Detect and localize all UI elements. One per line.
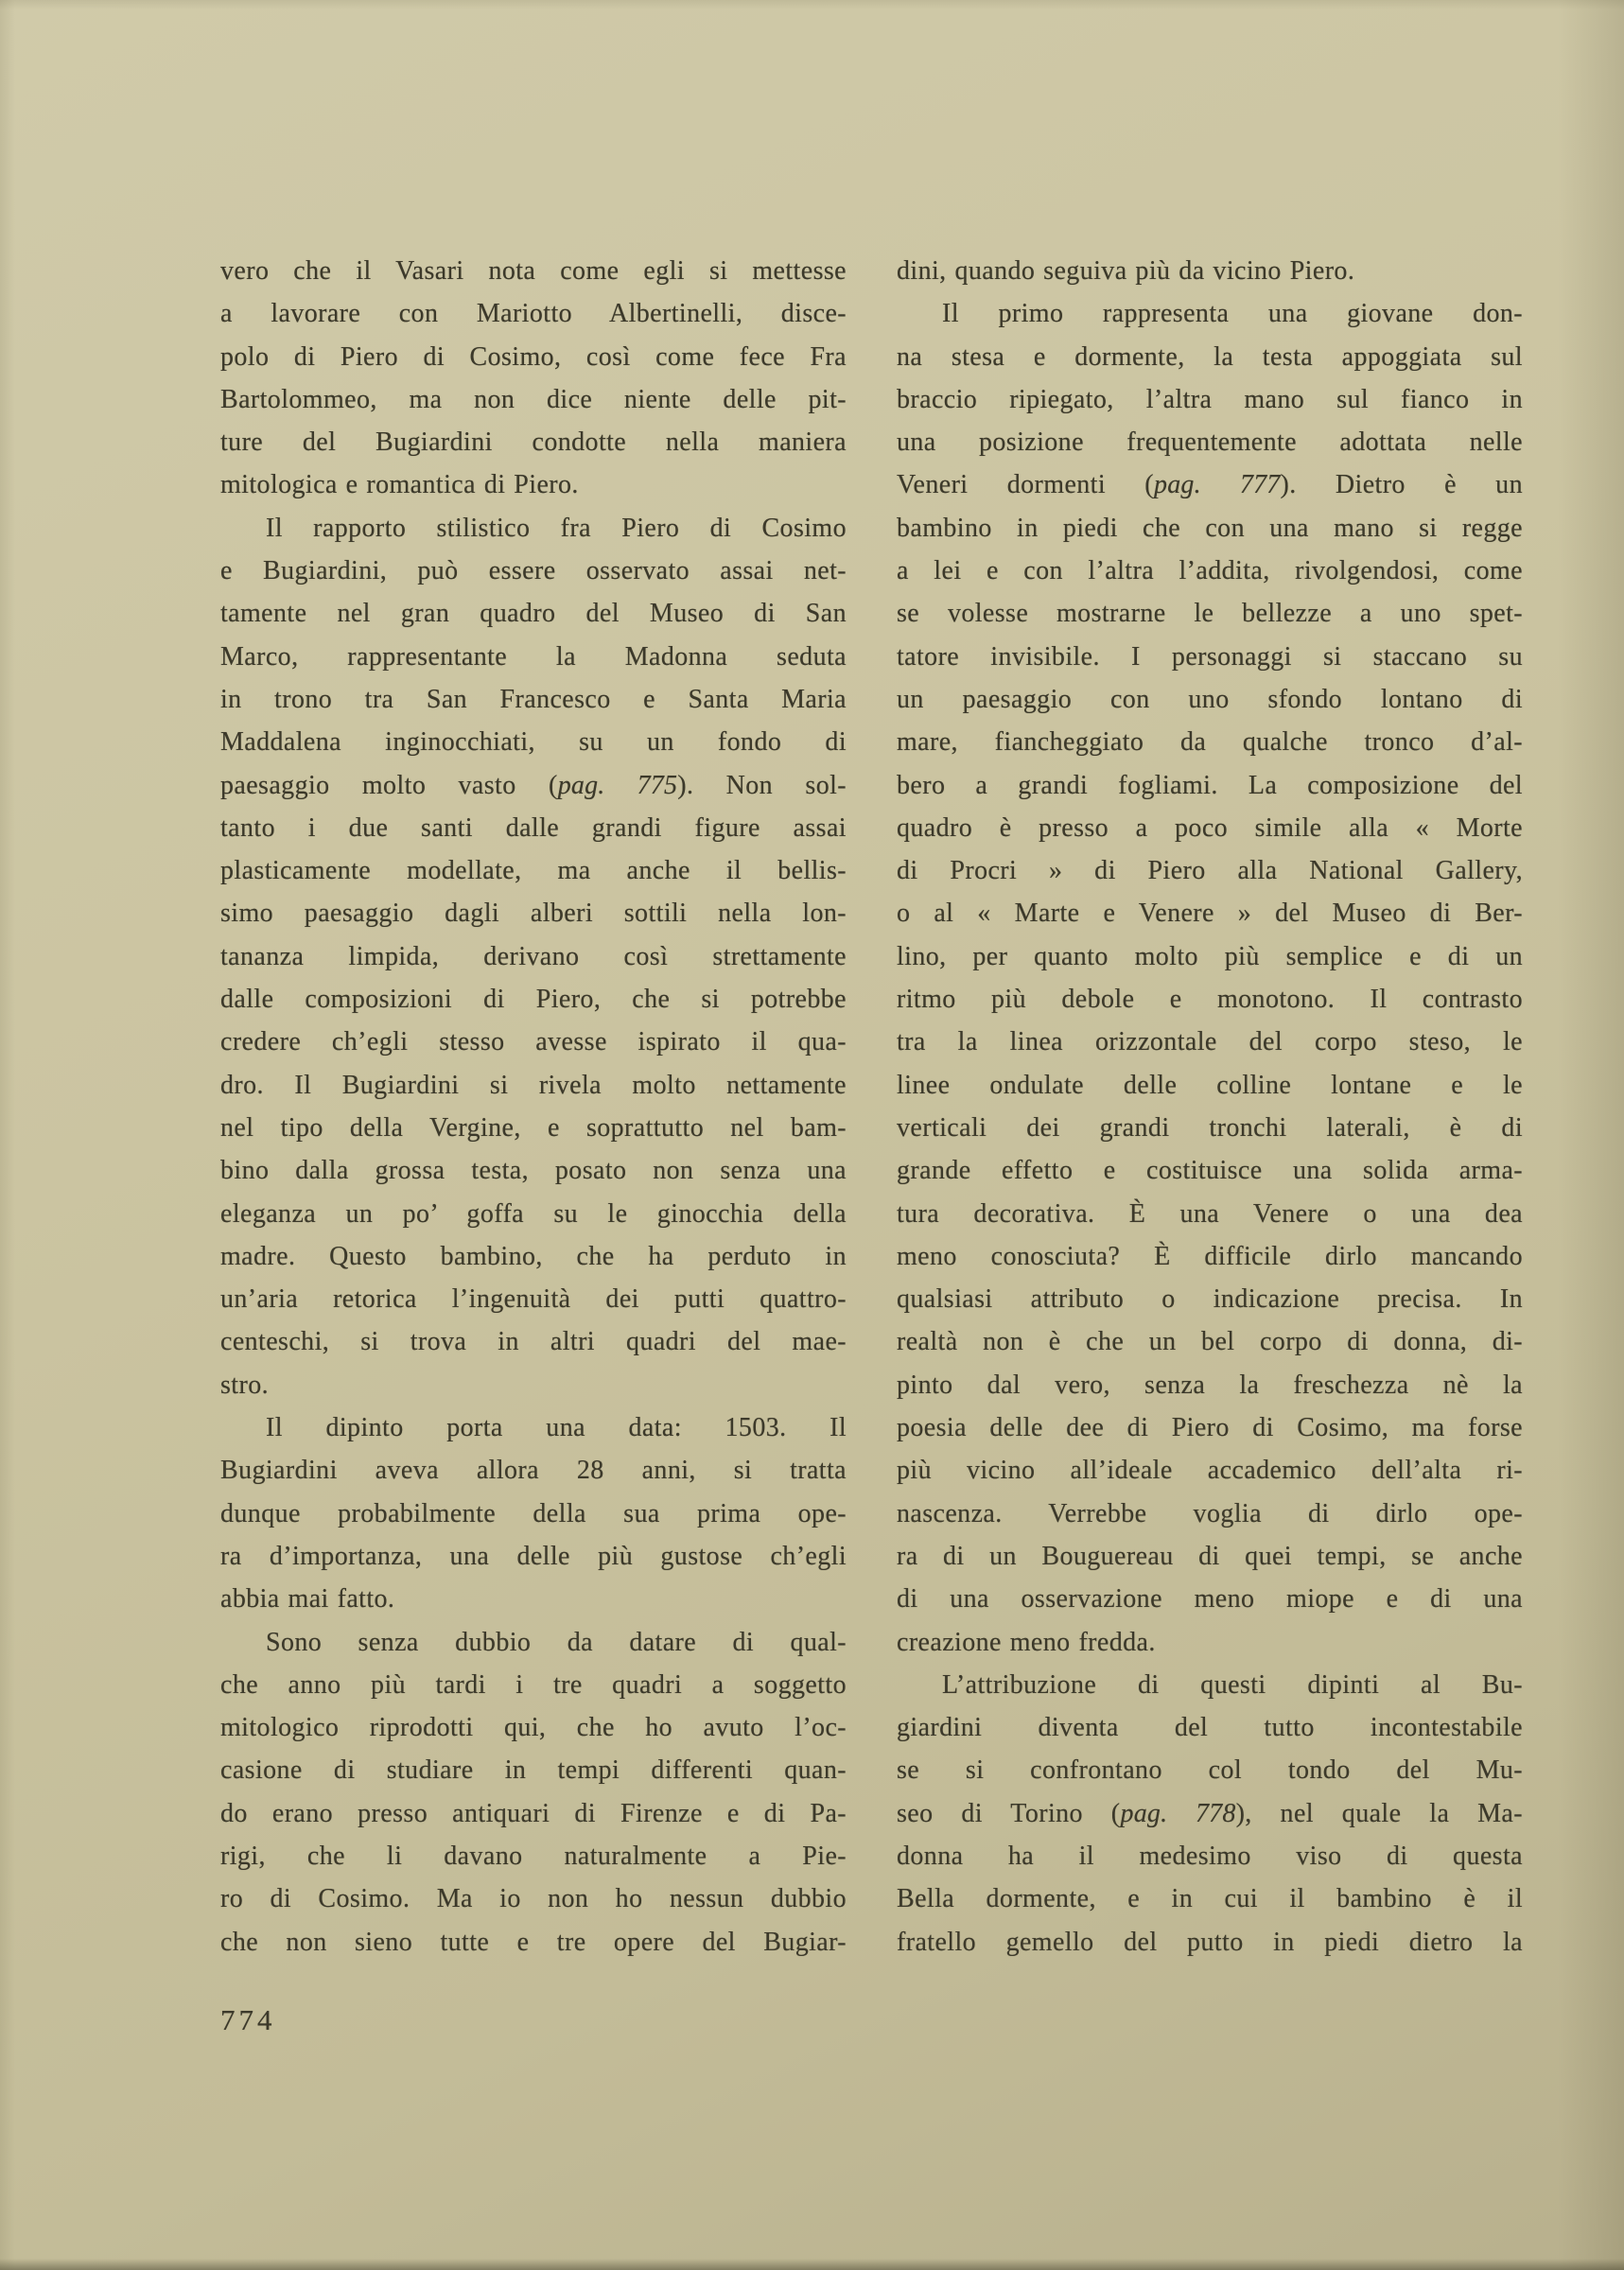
text-line: dunque probabilmente della sua prima ope… bbox=[220, 1493, 847, 1535]
text-line: tananza limpida, derivano così strettame… bbox=[220, 935, 847, 978]
text-line: plasticamente modellate, ma anche il bel… bbox=[220, 849, 847, 892]
text-line: Bella dormente, e in cui il bambino è il bbox=[897, 1877, 1523, 1920]
text-line: meno conosciuta? È difficile dirlo manca… bbox=[897, 1235, 1523, 1278]
text-line: fratello gemello del putto in piedi diet… bbox=[897, 1921, 1523, 1964]
text-line: Il primo rappresenta una giovane don- bbox=[897, 292, 1523, 335]
text-line: in trono tra San Francesco e Santa Maria bbox=[220, 678, 847, 721]
right-text-column: dini, quando seguiva più da vicino Piero… bbox=[897, 250, 1523, 1964]
text-line: ra d’importanza, una delle più gustose c… bbox=[220, 1535, 847, 1578]
text-line: che anno più tardi i tre quadri a sogget… bbox=[220, 1664, 847, 1706]
text-line: Maddalena inginocchiati, su un fondo di bbox=[220, 721, 847, 763]
text-line: L’attribuzione di questi dipinti al Bu- bbox=[897, 1664, 1523, 1706]
text-line: nascenza. Verrebbe voglia di dirlo ope- bbox=[897, 1493, 1523, 1535]
text-line: o al « Marte e Venere » del Museo di Ber… bbox=[897, 892, 1523, 934]
text-line: tamente nel gran quadro del Museo di San bbox=[220, 592, 847, 635]
text-line: bero a grandi fogliami. La composizione … bbox=[897, 764, 1523, 807]
text-line: tatore invisibile. I personaggi si stacc… bbox=[897, 636, 1523, 678]
text-line: tra la linea orizzontale del corpo steso… bbox=[897, 1021, 1523, 1063]
text-line: nel tipo della Vergine, e soprattutto ne… bbox=[220, 1107, 847, 1149]
text-line: Bartolommeo, ma non dice niente delle pi… bbox=[220, 378, 847, 421]
text-line: Il rapporto stilistico fra Piero di Cosi… bbox=[220, 507, 847, 550]
text-line: bino dalla grossa testa, posato non senz… bbox=[220, 1149, 847, 1192]
text-line: paesaggio molto vasto (pag. 775). Non so… bbox=[220, 764, 847, 807]
text-line: Veneri dormenti (pag. 777). Dietro è un bbox=[897, 463, 1523, 506]
text-line: ture del Bugiardini condotte nella manie… bbox=[220, 421, 847, 463]
page: vero che il Vasari nota come egli si met… bbox=[0, 0, 1624, 2270]
text-line: Sono senza dubbio da datare di qual- bbox=[220, 1621, 847, 1664]
text-line: mitologica e romantica di Piero. bbox=[220, 463, 847, 506]
text-line: un’aria retorica l’ingenuità dei putti q… bbox=[220, 1278, 847, 1320]
text-line: grande effetto e costituisce una solida … bbox=[897, 1149, 1523, 1192]
text-line: donna ha il medesimo viso di questa bbox=[897, 1835, 1523, 1877]
text-line: rigi, che li davano naturalmente a Pie- bbox=[220, 1835, 847, 1877]
text-line: dalle composizioni di Piero, che si potr… bbox=[220, 978, 847, 1021]
text-line: braccio ripiegato, l’altra mano sul fian… bbox=[897, 378, 1523, 421]
text-line: bambino in piedi che con una mano si reg… bbox=[897, 507, 1523, 550]
text-line: credere ch’egli stesso avesse ispirato i… bbox=[220, 1021, 847, 1063]
text-line: seo di Torino (pag. 778), nel quale la M… bbox=[897, 1792, 1523, 1835]
text-line: dro. Il Bugiardini si rivela molto netta… bbox=[220, 1064, 847, 1107]
text-line: abbia mai fatto. bbox=[220, 1578, 847, 1620]
text-line: vero che il Vasari nota come egli si met… bbox=[220, 250, 847, 292]
text-line: di una osservazione meno miope e di una bbox=[897, 1578, 1523, 1620]
text-line: di Procri » di Piero alla National Galle… bbox=[897, 849, 1523, 892]
text-line: linee ondulate delle colline lontane e l… bbox=[897, 1064, 1523, 1107]
text-line: tanto i due santi dalle grandi figure as… bbox=[220, 807, 847, 849]
text-line: stro. bbox=[220, 1364, 847, 1406]
text-line: centeschi, si trova in altri quadri del … bbox=[220, 1320, 847, 1363]
text-line: e Bugiardini, può essere osservato assai… bbox=[220, 550, 847, 592]
page-number: 774 bbox=[220, 2003, 276, 2037]
text-line: giardini diventa del tutto incontestabil… bbox=[897, 1706, 1523, 1749]
text-line: se volesse mostrarne le bellezze a uno s… bbox=[897, 592, 1523, 635]
text-line: polo di Piero di Cosimo, così come fece … bbox=[220, 336, 847, 378]
text-line: creazione meno fredda. bbox=[897, 1621, 1523, 1664]
text-line: a lei e con l’altra l’addita, rivolgendo… bbox=[897, 550, 1523, 592]
left-text-column: vero che il Vasari nota come egli si met… bbox=[220, 250, 847, 1964]
text-line: qualsiasi attributo o indicazione precis… bbox=[897, 1278, 1523, 1320]
text-line: mitologico riprodotti qui, che ho avuto … bbox=[220, 1706, 847, 1749]
text-line: poesia delle dee di Piero di Cosimo, ma … bbox=[897, 1406, 1523, 1449]
text-line: Il dipinto porta una data: 1503. Il bbox=[220, 1406, 847, 1449]
text-line: un paesaggio con uno sfondo lontano di bbox=[897, 678, 1523, 721]
text-line: una posizione frequentemente adottata ne… bbox=[897, 421, 1523, 463]
text-line: che non sieno tutte e tre opere del Bugi… bbox=[220, 1921, 847, 1964]
text-line: do erano presso antiquari di Firenze e d… bbox=[220, 1792, 847, 1835]
text-line: dini, quando seguiva più da vicino Piero… bbox=[897, 250, 1523, 292]
text-line: tura decorativa. È una Venere o una dea bbox=[897, 1193, 1523, 1235]
text-line: Bugiardini aveva allora 28 anni, si trat… bbox=[220, 1449, 847, 1492]
text-line: simo paesaggio dagli alberi sottili nell… bbox=[220, 892, 847, 934]
text-line: se si confrontano col tondo del Mu- bbox=[897, 1749, 1523, 1791]
text-line: madre. Questo bambino, che ha perduto in bbox=[220, 1235, 847, 1278]
text-line: lino, per quanto molto più semplice e di… bbox=[897, 935, 1523, 978]
text-line: na stesa e dormente, la testa appoggiata… bbox=[897, 336, 1523, 378]
text-line: realtà non è che un bel corpo di donna, … bbox=[897, 1320, 1523, 1363]
text-line: più vicino all’ideale accademico dell’al… bbox=[897, 1449, 1523, 1492]
text-line: ritmo più debole e monotono. Il contrast… bbox=[897, 978, 1523, 1021]
text-line: quadro è presso a poco simile alla « Mor… bbox=[897, 807, 1523, 849]
text-line: Marco, rappresentante la Madonna seduta bbox=[220, 636, 847, 678]
text-line: casione di studiare in tempi differenti … bbox=[220, 1749, 847, 1791]
text-line: ro di Cosimo. Ma io non ho nessun dubbio bbox=[220, 1877, 847, 1920]
scanned-book-page: { "colors": { "paper": "#cbc4a1", "ink":… bbox=[0, 0, 1624, 2270]
text-line: a lavorare con Mariotto Albertinelli, di… bbox=[220, 292, 847, 335]
text-line: pinto dal vero, senza la freschezza nè l… bbox=[897, 1364, 1523, 1406]
text-line: ra di un Bouguereau di quei tempi, se an… bbox=[897, 1535, 1523, 1578]
text-line: mare, fiancheggiato da qualche tronco d’… bbox=[897, 721, 1523, 763]
text-line: eleganza un po’ goffa su le ginocchia de… bbox=[220, 1193, 847, 1235]
text-line: verticali dei grandi tronchi laterali, è… bbox=[897, 1107, 1523, 1149]
